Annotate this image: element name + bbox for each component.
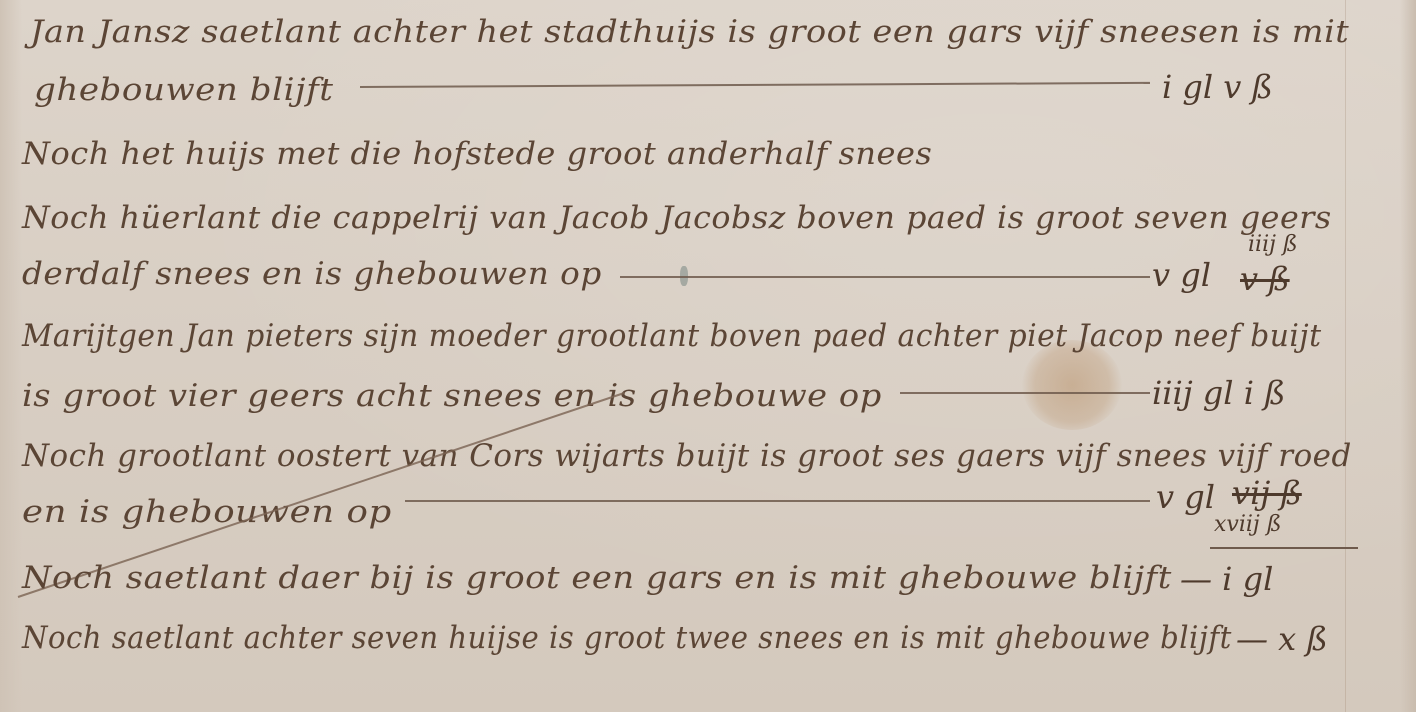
amount-line-11: — x ß [1236,620,1328,658]
entry-line-1: Jan Jansz saetlant achter het stadthuijs… [30,14,1349,50]
amount-line-7: iiij gl i ß [1152,374,1285,412]
entry-line-8: Noch grootlant oostert van Cors wijarts … [22,438,1352,474]
ledger-rule [900,392,1150,394]
entry-line-9: en is ghebouwen op [22,494,392,530]
correction-amount-line-9: xviij ß [1214,512,1281,537]
ledger-rule [405,500,1150,502]
page-edge [1400,0,1416,712]
struck-amount-line-5: v ß [1240,260,1290,298]
amount-line-10: — i gl [1180,560,1273,598]
struck-amount-line-9: vij ß [1232,474,1302,512]
amount-line-2: i gl v ß [1162,68,1273,106]
entry-line-4: Noch hüerlant die cappelrij van Jacob Ja… [22,200,1332,236]
entry-line-5: derdalf snees en is ghebouwen op [22,256,602,292]
ledger-rule [620,276,1150,278]
amount-line-5: v gl [1152,256,1211,294]
entry-line-7: is groot vier geers acht snees en is ghe… [22,378,882,414]
correction-amount-line-5: iiij ß [1248,232,1298,257]
manuscript-page: Jan Jansz saetlant achter het stadthuijs… [0,0,1416,712]
right-margin-rule [1345,0,1346,712]
entry-line-2: ghebouwen blijft [34,72,334,108]
ledger-rule [360,82,1150,88]
amount-line-9: v gl [1156,478,1215,516]
entry-line-11: Noch saetlant achter seven huijse is gro… [22,620,1232,656]
entry-line-10: Noch saetlant daer bij is groot een gars… [22,560,1172,596]
entry-line-6: Marijtgen Jan pieters sijn moeder grootl… [22,318,1322,354]
entry-line-3: Noch het huijs met die hofstede groot an… [22,136,932,172]
correction-underline [1210,547,1358,549]
left-gutter-shadow [0,0,22,712]
